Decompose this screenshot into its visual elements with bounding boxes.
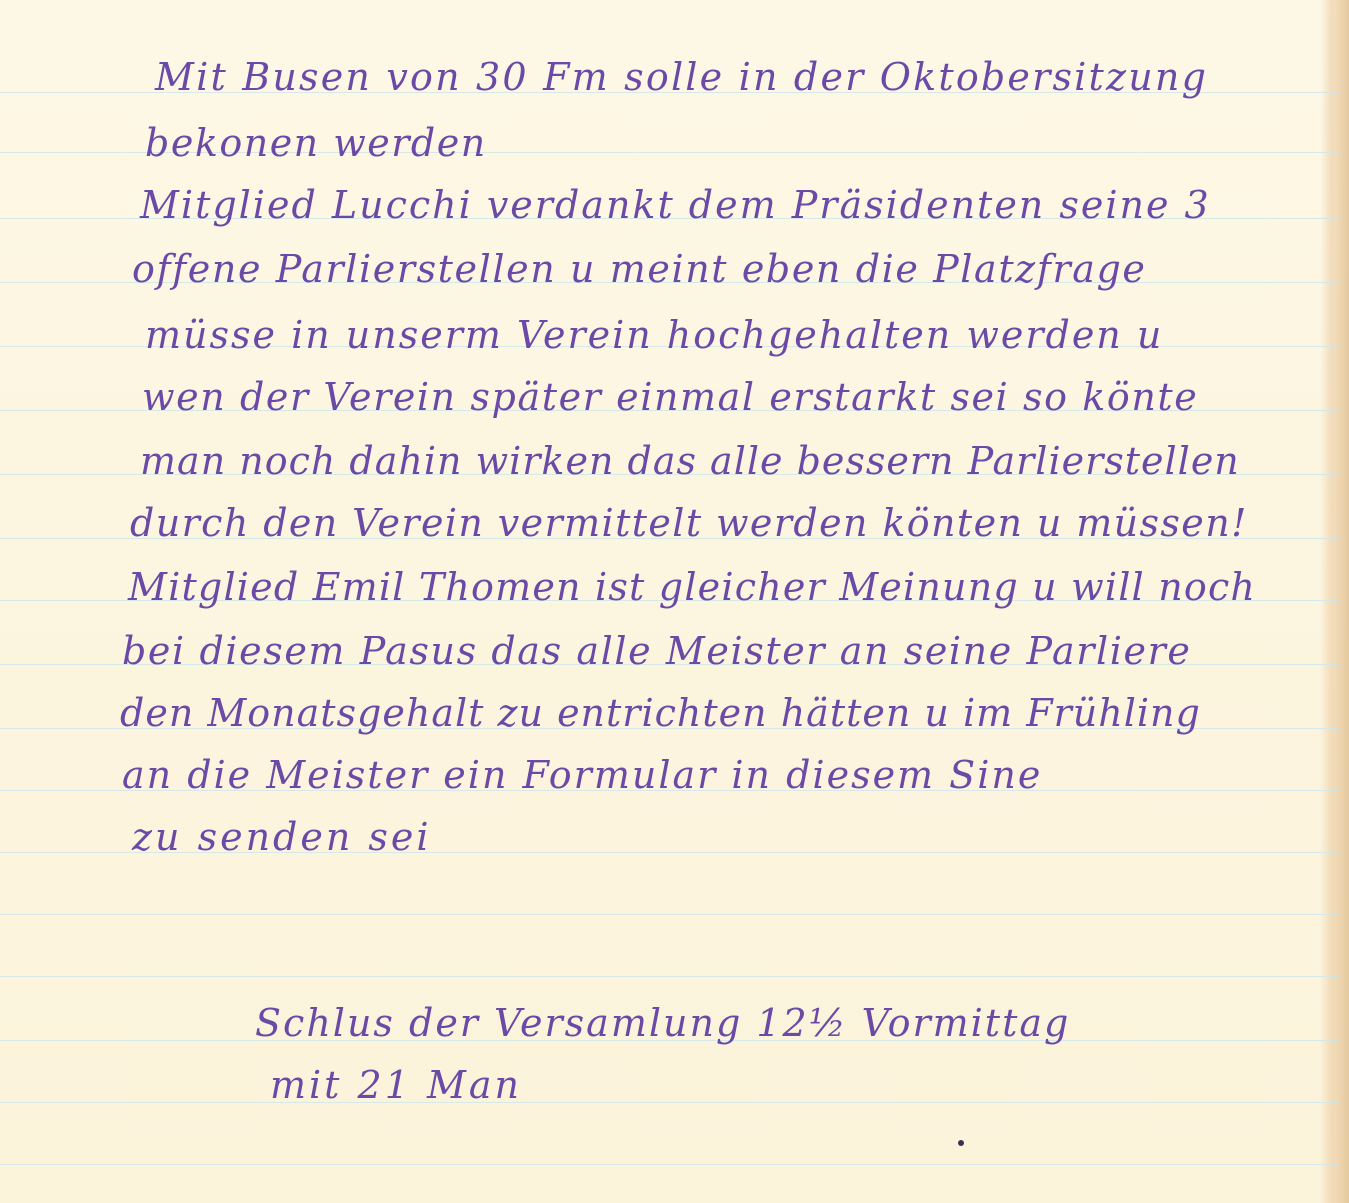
- handwritten-line: durch den Verein vermittelt werden könte…: [130, 504, 1248, 542]
- handwritten-line: zu senden sei: [132, 818, 432, 856]
- ruled-line: [0, 1102, 1340, 1103]
- ruled-line: [0, 1164, 1340, 1165]
- closing-line: Schlus der Versamlung 12½ Vormittag: [255, 1004, 1070, 1042]
- handwritten-line: Mitglied Lucchi verdankt dem Präsidenten…: [140, 186, 1211, 224]
- handwritten-line: Mit Busen von 30 Fm solle in der Oktober…: [155, 58, 1208, 96]
- closing-line: mit 21 Man: [270, 1066, 522, 1104]
- handwritten-line: wen der Verein später einmal erstarkt se…: [142, 378, 1198, 416]
- ruled-line: [0, 976, 1340, 977]
- notebook-page: Mit Busen von 30 Fm solle in der Oktober…: [0, 0, 1349, 1203]
- handwritten-line: man noch dahin wirken das alle bessern P…: [140, 442, 1240, 480]
- handwritten-line: müsse in unserm Verein hochgehalten werd…: [145, 316, 1163, 354]
- handwritten-line: offene Parlierstellen u meint eben die P…: [132, 250, 1147, 288]
- ink-blot: [958, 1140, 964, 1146]
- page-edge: [1335, 0, 1349, 1203]
- handwritten-line: bei diesem Pasus das alle Meister an sei…: [122, 632, 1191, 670]
- handwritten-line: den Monatsgehalt zu entrichten hätten u …: [120, 694, 1201, 732]
- ruled-line: [0, 914, 1340, 915]
- handwritten-line: Mitglied Emil Thomen ist gleicher Meinun…: [128, 568, 1256, 606]
- handwritten-line: an die Meister ein Formular in diesem Si…: [122, 756, 1042, 794]
- handwritten-line: bekonen werden: [145, 124, 487, 162]
